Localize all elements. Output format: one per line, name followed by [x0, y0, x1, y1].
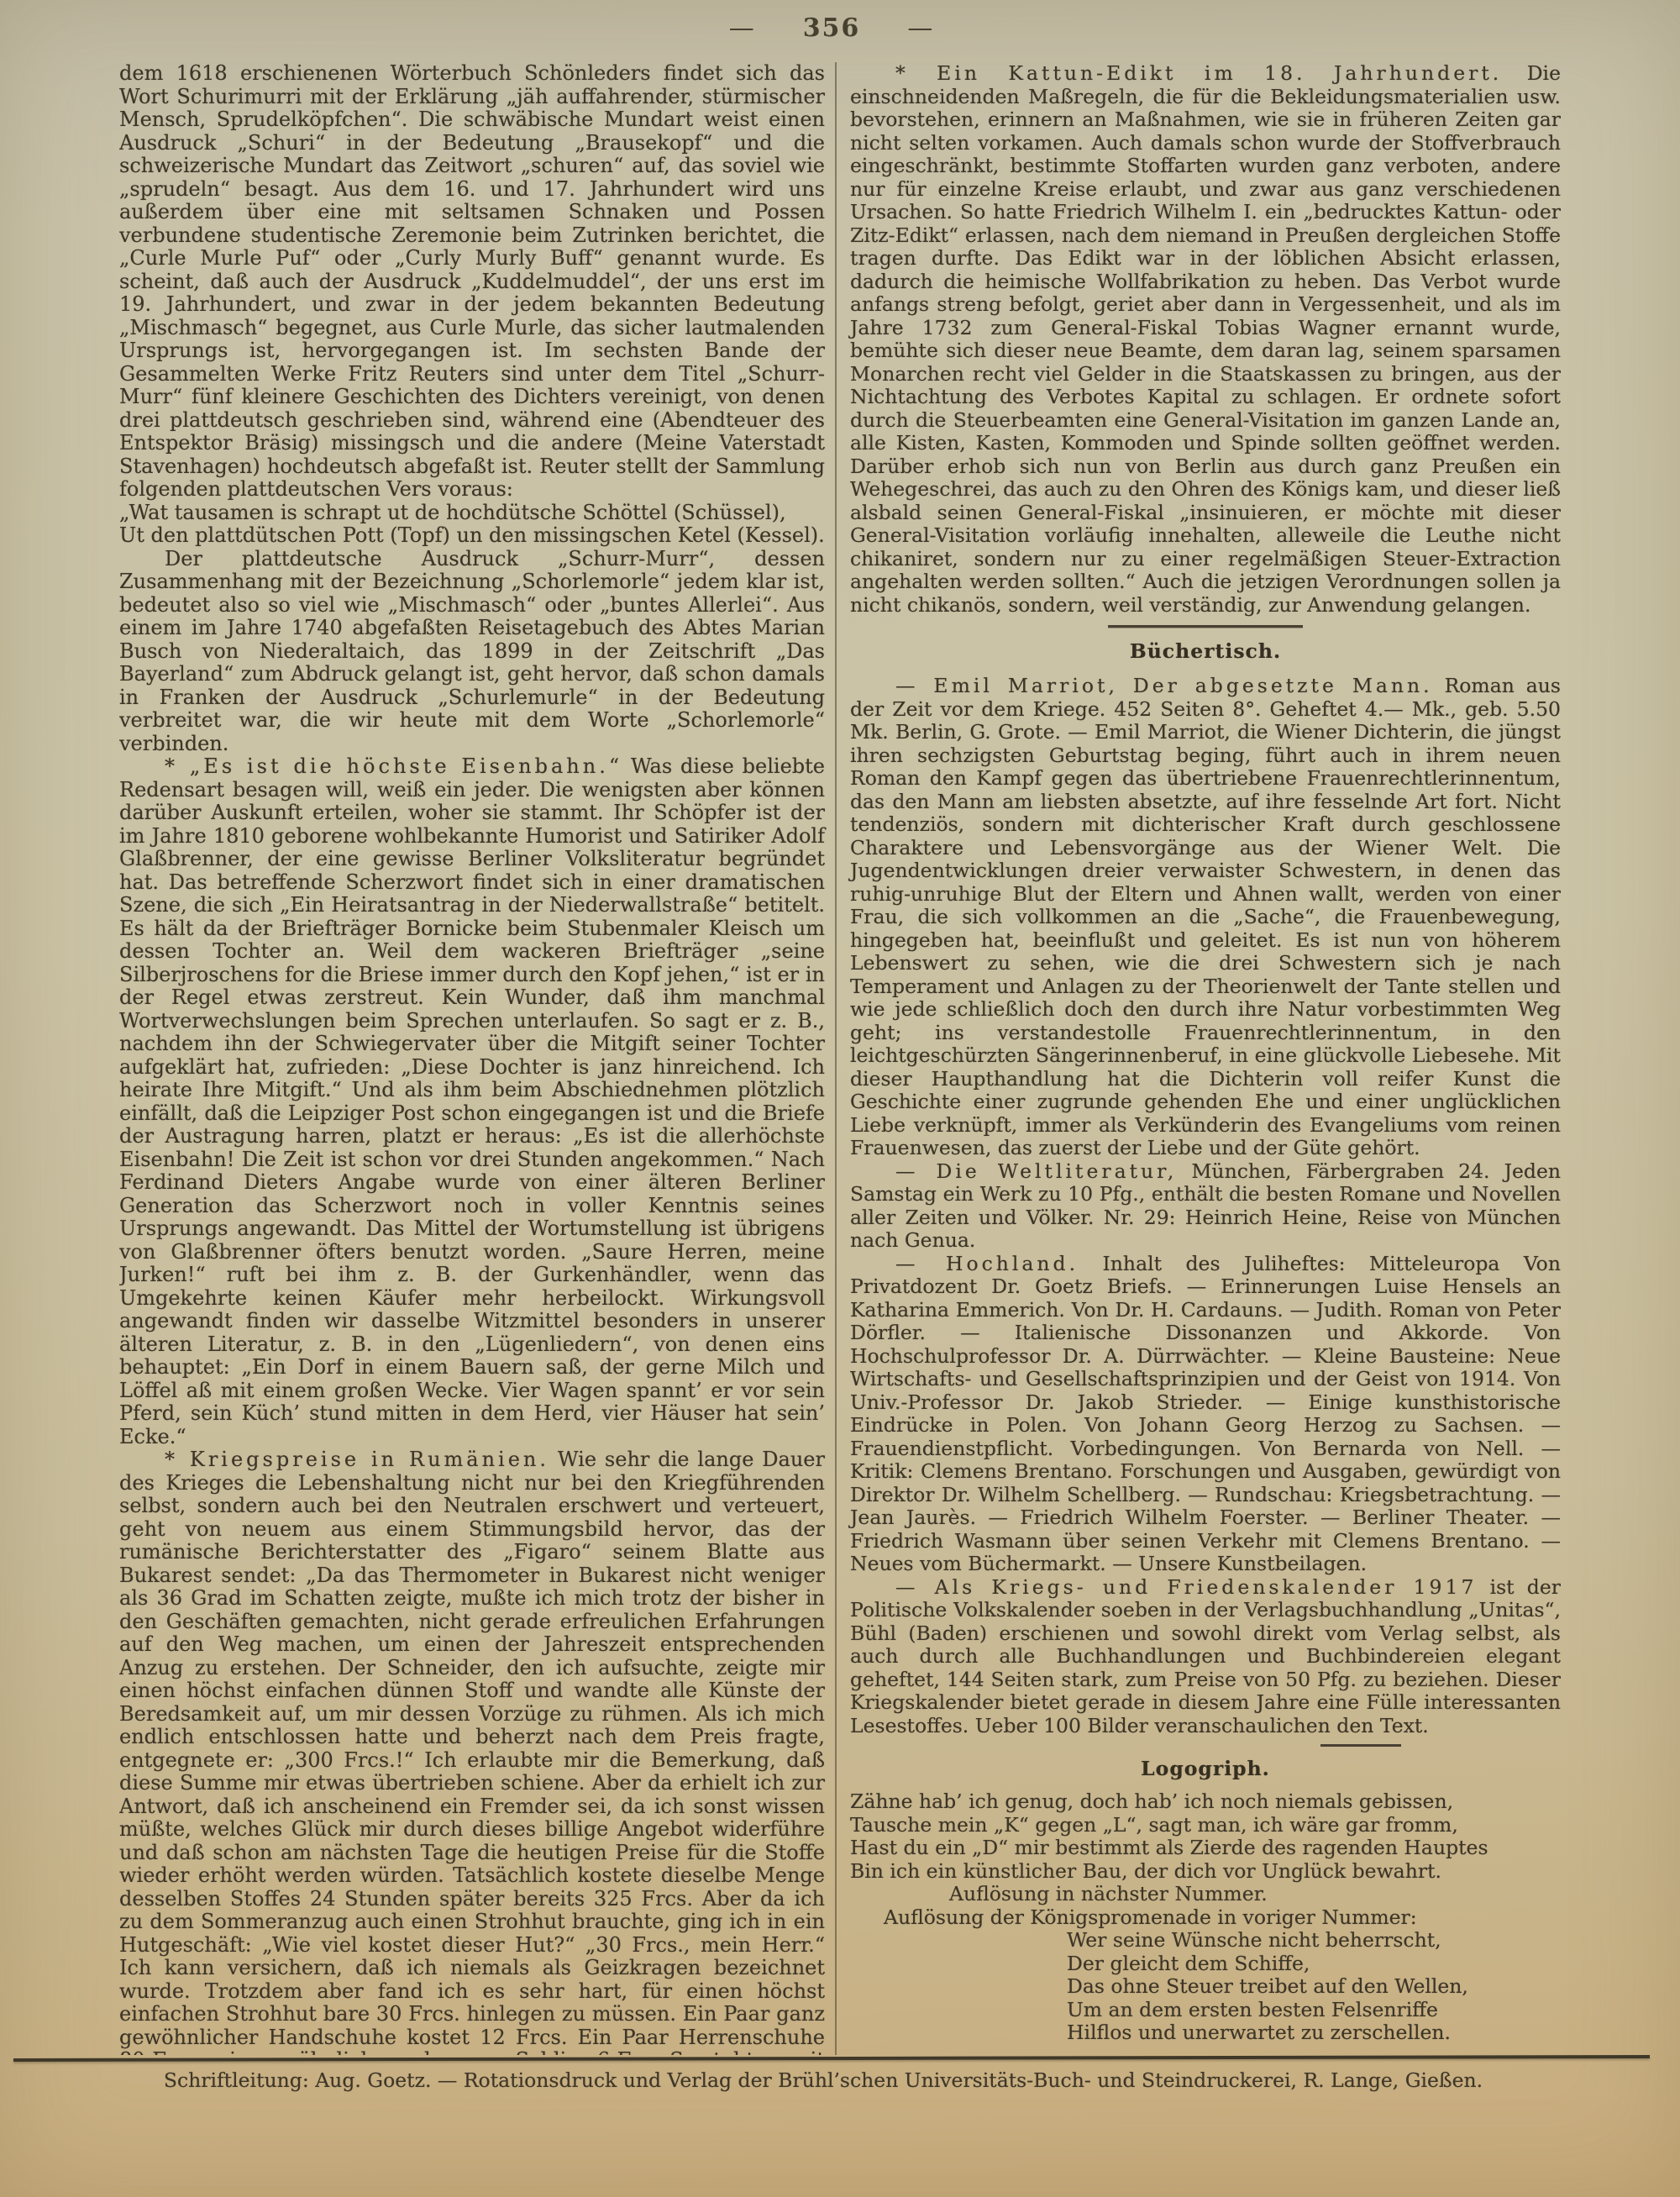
solution-line: Wer seine Wünsche nicht beherrscht,	[1067, 1929, 1561, 1953]
header-dash-right: —	[860, 13, 981, 43]
section-divider-rule	[1108, 625, 1303, 628]
riddle-line: Tausche mein „K“ gegen „L“, sagt man, ic…	[850, 1814, 1561, 1837]
logogriph-heading: Logogriph.	[850, 1752, 1561, 1785]
kriegspreise-article-text: Wie sehr die lange Dauer des Krieges die…	[119, 1448, 825, 2055]
kriegspreise-article-title: * Kriegspreise in Rumänien.	[165, 1448, 549, 1471]
right-column: * Ein Kattun-Edikt im 18. Jahrhundert. D…	[835, 62, 1561, 2055]
book-review-kalender-title: — Als Kriegs- und Friedenskalender 1917	[895, 1575, 1477, 1599]
plattdeutsch-verse: „Wat tausamen is schrapt ut de hochdütsc…	[119, 502, 825, 548]
left-column: dem 1618 erschienenen Wörterbuch Schönle…	[119, 62, 835, 2055]
imprint-line: Schriftleitung: Aug. Goetz. — Rotationsd…	[0, 2068, 1646, 2092]
book-review-marriot: — Emil Marriot, Der abgesetzte Mann. Rom…	[850, 675, 1561, 1160]
page-number: 356	[803, 13, 861, 43]
book-review-kalender-text: ist der Politische Volkskalender soeben …	[850, 1575, 1561, 1737]
page-header: —356—	[0, 13, 1663, 43]
previous-solution-title: Auflösung der Königspromenade in voriger…	[884, 1906, 1561, 1930]
book-review-hochland-title: — Hochland.	[895, 1252, 1079, 1275]
book-review-hochland-text: Inhalt des Juliheftes: Mitteleuropa Von …	[850, 1252, 1561, 1576]
continuation-paragraph: dem 1618 erschienenen Wörterbuch Schönle…	[119, 62, 825, 502]
footer-rule	[13, 2055, 1650, 2062]
verse-line: Ut den plattdütschen Pott (Topf) un den …	[119, 524, 825, 548]
riddle-line: Hast du ein „D“ mir bestimmt als Zierde …	[850, 1837, 1561, 1860]
kattun-edikt-text: Die einschneidenden Maßregeln, die für d…	[850, 62, 1561, 617]
solution-line: Der gleicht dem Schiffe,	[1067, 1953, 1561, 1976]
logogriph-riddle: Zähne hab’ ich genug, doch hab’ ich noch…	[850, 1790, 1561, 1883]
buechertisch-heading: Büchertisch.	[850, 634, 1561, 668]
kattun-edikt-article: * Ein Kattun-Edikt im 18. Jahrhundert. D…	[850, 62, 1561, 617]
article-columns: dem 1618 erschienenen Wörterbuch Schönle…	[119, 62, 1561, 2055]
riddle-line: Bin ich ein künstlicher Bau, der dich vo…	[850, 1860, 1561, 1884]
riddle-line: Zähne hab’ ich genug, doch hab’ ich noch…	[850, 1790, 1561, 1814]
header-dash-left: —	[682, 13, 803, 43]
puzzle-divider-rule	[1320, 1744, 1401, 1747]
solution-note: Auflösung in nächster Nummer.	[949, 1883, 1561, 1906]
book-review-weltliteratur-title: — Die Weltliteratur,	[895, 1159, 1177, 1183]
book-review-hochland: — Hochland. Inhalt des Juliheftes: Mitte…	[850, 1253, 1561, 1576]
eisenbahn-article-text: Was diese beliebte Redensart besagen wil…	[119, 754, 825, 1448]
solution-line: Das ohne Steuer treibet auf den Wellen,	[1067, 1975, 1561, 1999]
book-review-weltliteratur: — Die Weltliteratur, München, Färbergrab…	[850, 1160, 1561, 1253]
kattun-edikt-title: * Ein Kattun-Edikt im 18. Jahrhundert.	[895, 62, 1502, 85]
schurr-murr-paragraph: Der plattdeutsche Ausdruck „Schurr-Murr“…	[119, 548, 825, 756]
solution-line: Um an dem ersten besten Felsenriffe	[1067, 1999, 1561, 2022]
book-review-marriot-text: Roman aus der Zeit vor dem Kriege. 452 S…	[850, 674, 1561, 1159]
previous-solution-poem: Wer seine Wünsche nicht beherrscht, Der …	[850, 1929, 1561, 2045]
kriegspreise-article: * Kriegspreise in Rumänien. Wie sehr die…	[119, 1448, 825, 2055]
book-review-kalender: — Als Kriegs- und Friedenskalender 1917 …	[850, 1576, 1561, 1738]
solution-line: Hilflos und unerwartet zu zerschellen.	[1067, 2021, 1561, 2045]
book-review-marriot-title: — Emil Marriot, Der abgesetzte Mann.	[895, 674, 1433, 697]
eisenbahn-article-title: * „Es ist die höchste Eisenbahn.“	[165, 754, 622, 778]
verse-line: „Wat tausamen is schrapt ut de hochdütsc…	[119, 502, 825, 525]
eisenbahn-article: * „Es ist die höchste Eisenbahn.“ Was di…	[119, 755, 825, 1448]
